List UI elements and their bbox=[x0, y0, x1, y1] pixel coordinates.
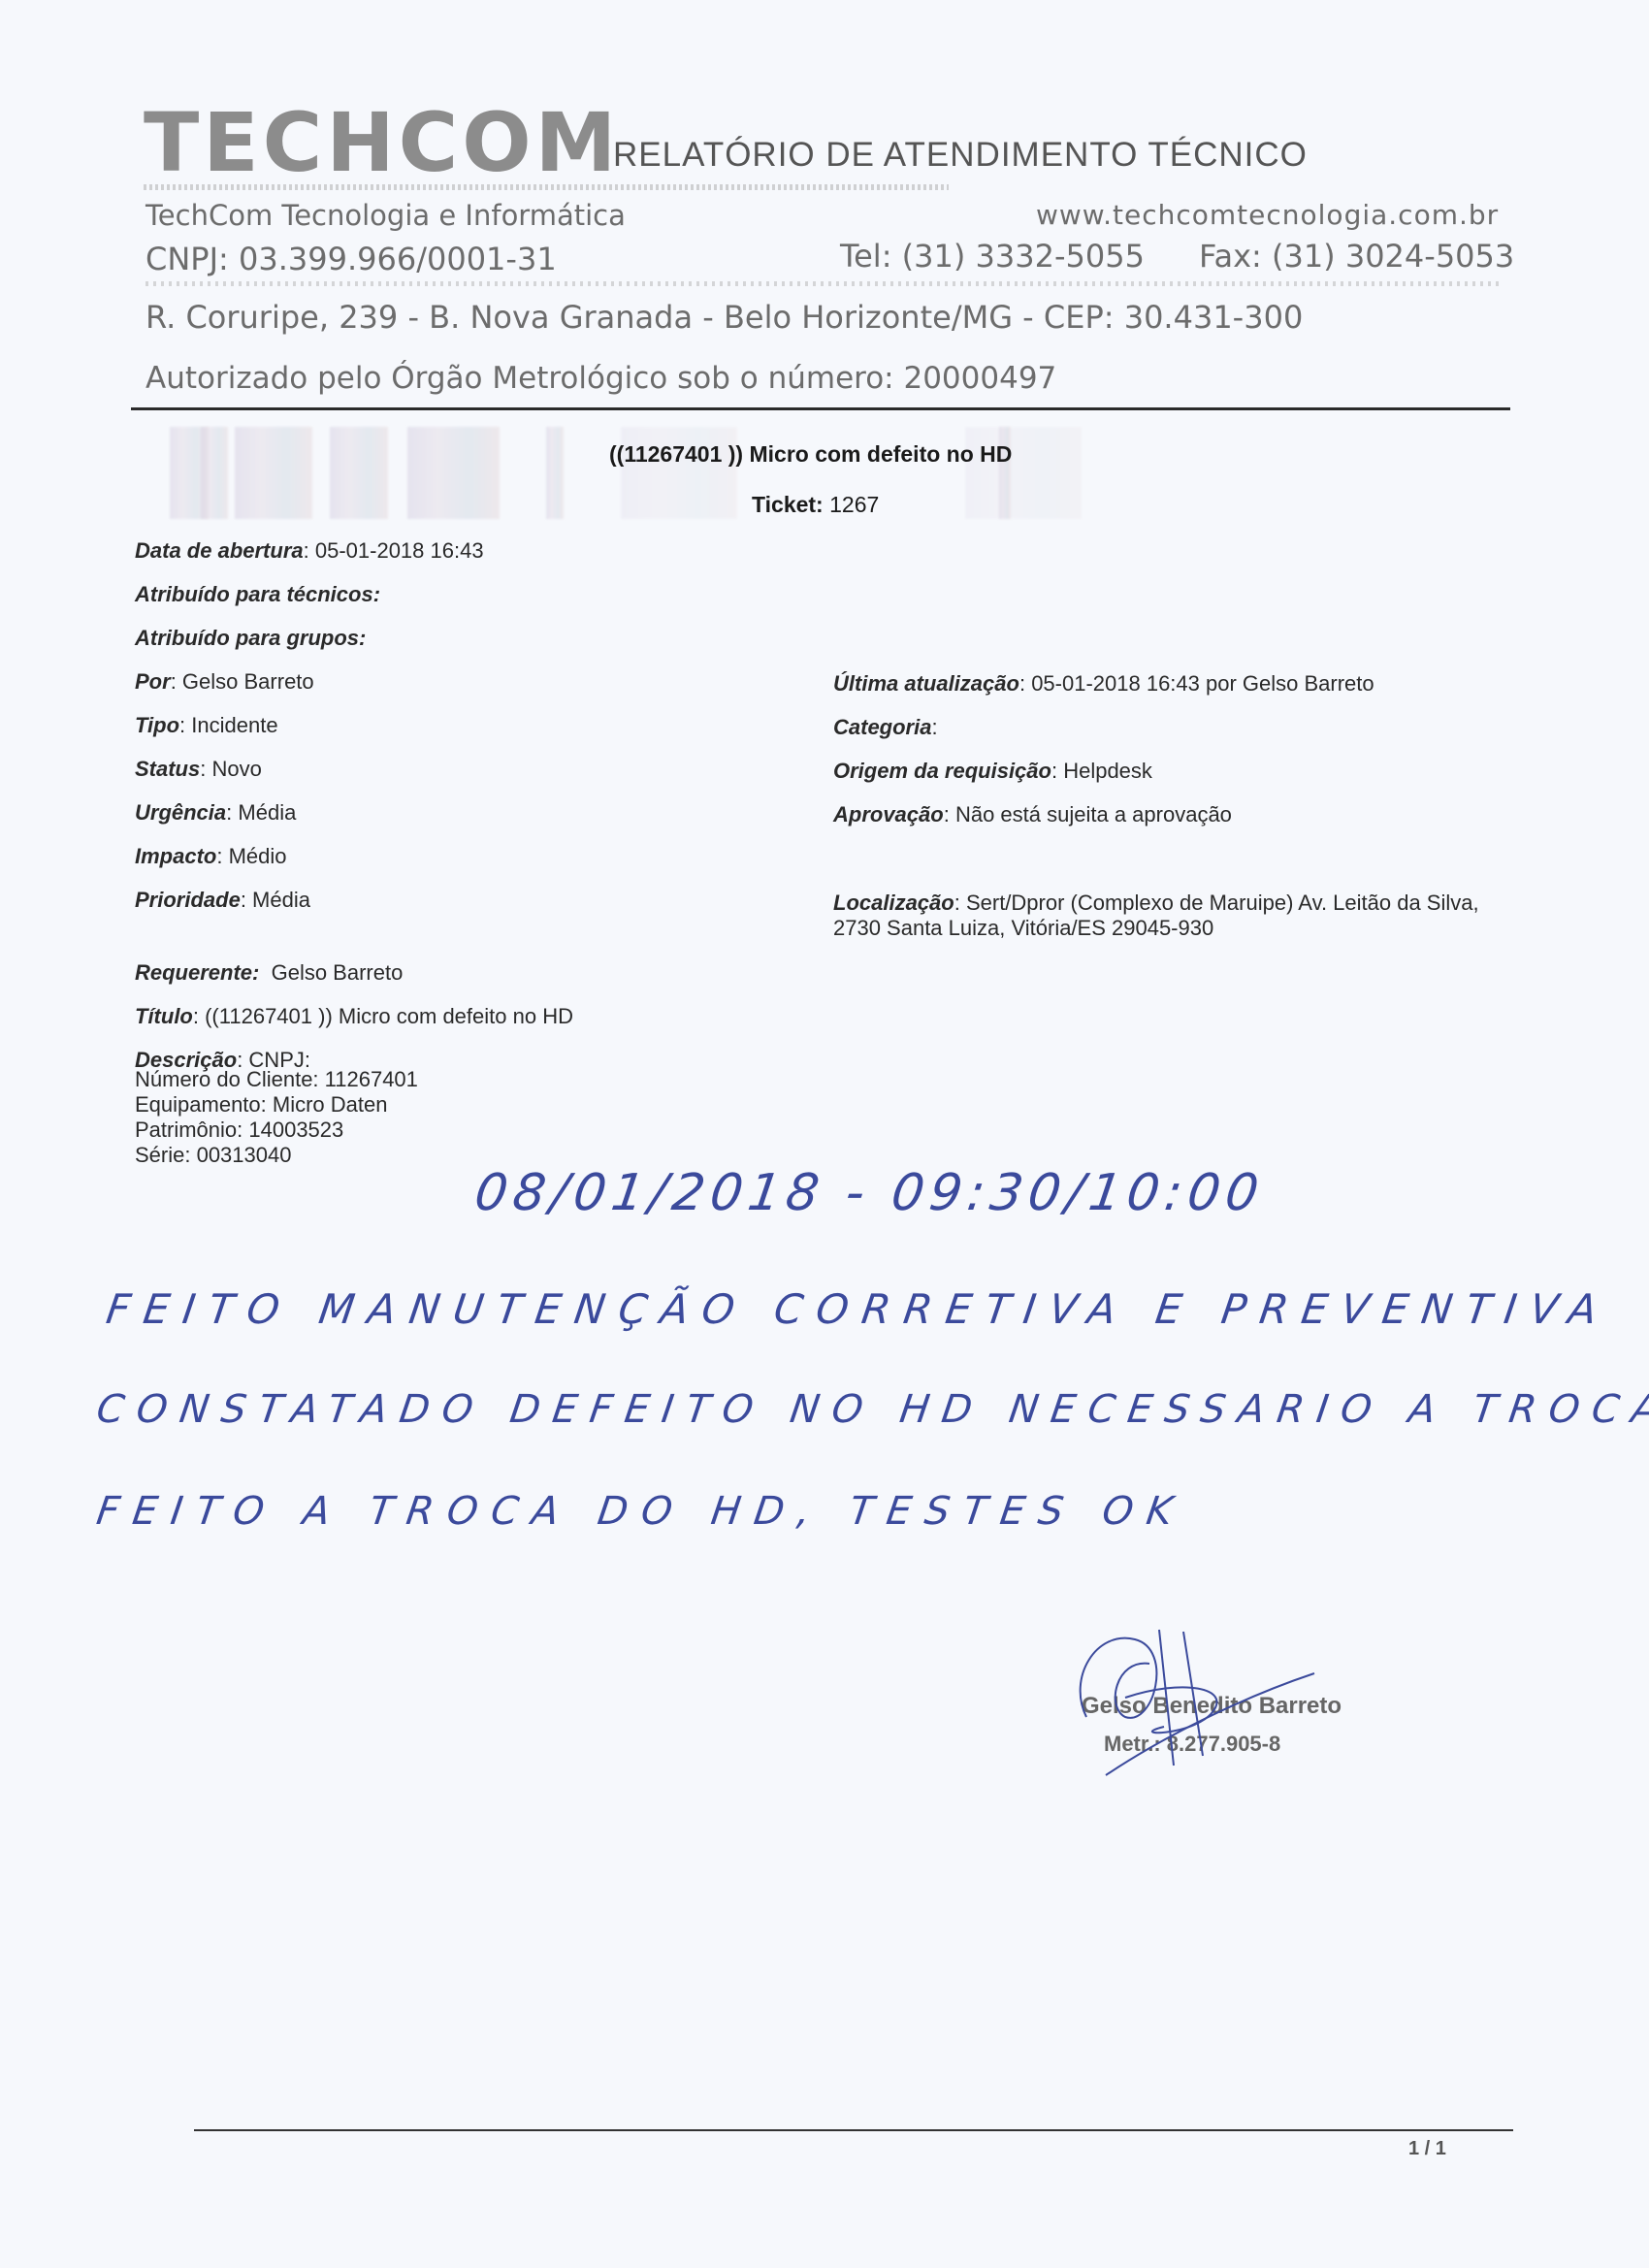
field-value: Médio bbox=[229, 844, 287, 868]
field-value: Gelso Barreto bbox=[272, 960, 404, 985]
description-line: Número do Cliente: 11267401 bbox=[135, 1067, 418, 1092]
ticket-number: Ticket: 1267 bbox=[752, 492, 879, 518]
field-separator: : bbox=[216, 844, 228, 868]
field-value: Não está sujeita a aprovação bbox=[955, 802, 1232, 826]
handwritten-note-line: CONSTATADO DEFEITO NO HD NECESSARIO A TR… bbox=[94, 1387, 1649, 1432]
page-number: 1 / 1 bbox=[1408, 2138, 1446, 2160]
field-value: Média bbox=[238, 800, 296, 825]
field-separator: : bbox=[200, 757, 211, 781]
field-label: Origem da requisição bbox=[833, 759, 1051, 783]
field-separator: : bbox=[954, 891, 966, 915]
field-value: Novo bbox=[211, 757, 261, 781]
field-separator: : bbox=[304, 538, 315, 563]
company-website: www.techcomtecnologia.com.br bbox=[1036, 199, 1499, 231]
field-row: Título: ((11267401 )) Micro com defeito … bbox=[135, 1004, 573, 1029]
field-label: Status bbox=[135, 757, 200, 781]
address-divider-decoration bbox=[145, 281, 1503, 286]
field-label: Título bbox=[135, 1004, 193, 1028]
metrology-authorization: Autorizado pelo Órgão Metrológico sob o … bbox=[145, 361, 1056, 396]
field-row: Atribuído para grupos: bbox=[135, 626, 366, 651]
field-separator: : bbox=[179, 713, 191, 737]
field-label: Aprovação bbox=[833, 802, 944, 826]
field-separator: : bbox=[1019, 671, 1031, 696]
field-label: Requerente: bbox=[135, 960, 259, 985]
field-label: Atribuído para técnicos: bbox=[135, 582, 380, 606]
field-label: Categoria bbox=[833, 715, 931, 739]
field-value: Helpdesk bbox=[1063, 759, 1152, 783]
handwritten-service-datetime: 08/01/2018 - 09:30/10:00 bbox=[471, 1164, 1268, 1222]
field-separator: : bbox=[931, 715, 937, 739]
field-row: Status: Novo bbox=[135, 757, 262, 782]
field-row: Aprovação: Não está sujeita a aprovação bbox=[833, 802, 1232, 827]
field-row: Localização: Sert/Dpror (Complexo de Mar… bbox=[833, 891, 1493, 941]
company-fax: Fax: (31) 3024-5053 bbox=[1199, 238, 1514, 275]
logo-underline-decoration bbox=[144, 184, 949, 190]
field-separator: : bbox=[226, 800, 238, 825]
description-line: Patrimônio: 14003523 bbox=[135, 1118, 418, 1143]
handwritten-note-line: FEITO MANUTENÇÃO CORRETIVA E PREVENTIVA bbox=[104, 1285, 1614, 1333]
field-value: Incidente bbox=[191, 713, 277, 737]
field-row: Atribuído para técnicos: bbox=[135, 582, 380, 607]
field-separator: : bbox=[241, 888, 252, 912]
field-row: Por: Gelso Barreto bbox=[135, 669, 314, 695]
company-address: R. Coruripe, 239 - B. Nova Granada - Bel… bbox=[145, 299, 1303, 336]
field-label: Impacto bbox=[135, 844, 216, 868]
field-value: Gelso Barreto bbox=[182, 669, 314, 694]
field-value: 05-01-2018 16:43 por Gelso Barreto bbox=[1031, 671, 1374, 696]
field-row: Prioridade: Média bbox=[135, 888, 310, 913]
description-line: Equipamento: Micro Daten bbox=[135, 1092, 418, 1118]
report-title: RELATÓRIO DE ATENDIMENTO TÉCNICO bbox=[613, 136, 1308, 175]
field-row: Última atualização: 05-01-2018 16:43 por… bbox=[833, 671, 1374, 697]
field-row: Tipo: Incidente bbox=[135, 713, 278, 738]
field-row: Requerente: Gelso Barreto bbox=[135, 960, 403, 986]
field-label: Última atualização bbox=[833, 671, 1019, 696]
field-label: Atribuído para grupos: bbox=[135, 626, 366, 650]
company-name: TechCom Tecnologia e Informática bbox=[145, 199, 626, 232]
signature-icon bbox=[1067, 1620, 1319, 1785]
field-separator bbox=[259, 960, 271, 985]
field-separator: : bbox=[944, 802, 955, 826]
ticket-value: 1267 bbox=[829, 492, 879, 517]
description-line: Série: 00313040 bbox=[135, 1143, 418, 1168]
field-separator: : bbox=[1051, 759, 1063, 783]
company-cnpj: CNPJ: 03.399.966/0001-31 bbox=[145, 241, 557, 277]
field-label: Prioridade bbox=[135, 888, 241, 912]
field-label: Urgência bbox=[135, 800, 226, 825]
field-label: Localização bbox=[833, 891, 954, 915]
field-row: Urgência: Média bbox=[135, 800, 296, 826]
ticket-label: Ticket: bbox=[752, 492, 824, 517]
field-row: Categoria: bbox=[833, 715, 938, 740]
field-value: ((11267401 )) Micro com defeito no HD bbox=[205, 1004, 573, 1028]
techcom-logo: TECHCOM bbox=[144, 102, 620, 183]
field-row: Data de abertura: 05-01-2018 16:43 bbox=[135, 538, 484, 564]
field-row: Impacto: Médio bbox=[135, 844, 287, 869]
footer-divider bbox=[194, 2129, 1513, 2131]
field-label: Data de abertura bbox=[135, 538, 304, 563]
field-label: Tipo bbox=[135, 713, 179, 737]
field-value: 05-01-2018 16:43 bbox=[315, 538, 484, 563]
field-label: Por bbox=[135, 669, 171, 694]
field-value: Média bbox=[252, 888, 310, 912]
company-phone: Tel: (31) 3332-5055 bbox=[840, 238, 1145, 275]
field-separator: : bbox=[193, 1004, 205, 1028]
ticket-title: ((11267401 )) Micro com defeito no HD bbox=[609, 441, 1012, 468]
description-details: Número do Cliente: 11267401 Equipamento:… bbox=[135, 1067, 418, 1168]
field-row: Origem da requisição: Helpdesk bbox=[833, 759, 1152, 784]
field-separator: : bbox=[171, 669, 182, 694]
header-divider bbox=[131, 407, 1510, 410]
handwritten-note-line: FEITO A TROCA DO HD, TESTES OK bbox=[94, 1489, 1189, 1534]
